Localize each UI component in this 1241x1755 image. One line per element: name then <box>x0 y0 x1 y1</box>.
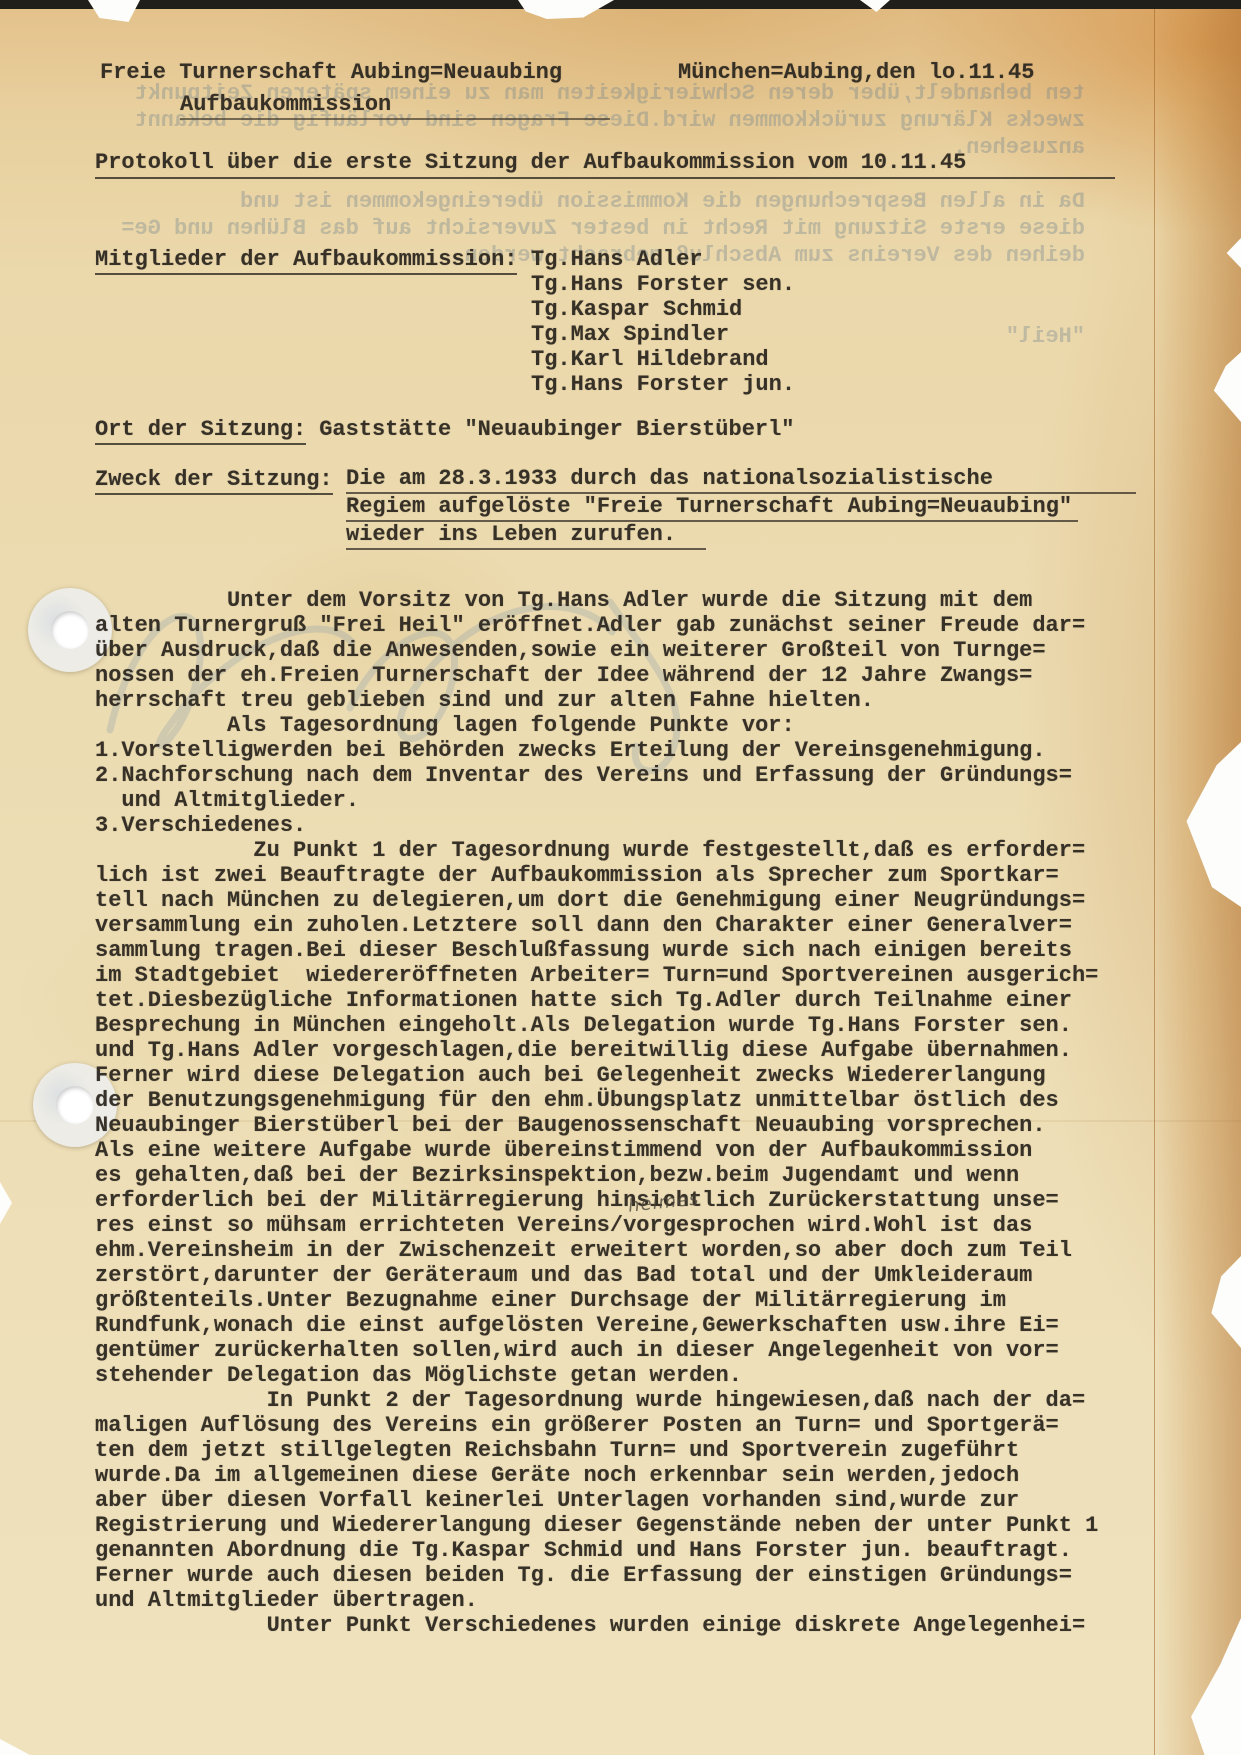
body-line: ten dem jetzt stillgelegten Reichsbahn T… <box>95 1438 1098 1463</box>
member-name: Tg.Hans Forster sen. <box>531 272 795 297</box>
body-line: Rundfunk,wonach die einst aufgelösten Ve… <box>95 1313 1098 1338</box>
document-title: Protokoll über die erste Sitzung der Auf… <box>95 150 1115 179</box>
body-line: aber über diesen Vorfall keinerlei Unter… <box>95 1488 1098 1513</box>
member-name: Tg.Karl Hildebrand <box>531 347 795 372</box>
body-line: erforderlich bei der Militärregierung hi… <box>95 1188 1098 1213</box>
body-line: herrschaft treu geblieben sind und zur a… <box>95 688 1098 713</box>
org-name: Freie Turnerschaft Aubing=Neuaubing <box>100 60 562 85</box>
purpose-lines: Die am 28.3.1933 durch das nationalsozia… <box>346 467 1136 551</box>
body-line: Registrierung und Wiedererlangung dieser… <box>95 1513 1098 1538</box>
org-subunit: Aufbaukommission <box>180 92 610 120</box>
purpose-label: Zweck der Sitzung: <box>95 467 333 495</box>
members-label: Mitglieder der Aufbaukommission: <box>95 247 517 275</box>
body-line: 3.Verschiedenes. <box>95 813 1098 838</box>
scan-edge-top <box>0 0 1241 9</box>
body-line: lich ist zwei Beauftragte der Aufbaukomm… <box>95 863 1098 888</box>
body-line: Als Tagesordnung lagen folgende Punkte v… <box>95 713 1098 738</box>
body-line: über Ausdruck,daß die Anwesenden,sowie e… <box>95 638 1098 663</box>
body-line: Neuaubinger Bierstüberl bei der Baugenos… <box>95 1113 1098 1138</box>
member-name: Tg.Hans Forster jun. <box>531 372 795 397</box>
body-line: tet.Diesbezügliche Informationen hatte s… <box>95 988 1098 1013</box>
body-line: gentümer zurückerhalten sollen,wird auch… <box>95 1338 1098 1363</box>
body-line: 1.Vorstelligwerden bei Behörden zwecks E… <box>95 738 1098 763</box>
members-list: Tg.Hans AdlerTg.Hans Forster sen.Tg.Kasp… <box>531 247 795 397</box>
body-line: stehender Delegation das Möglichste geta… <box>95 1363 1098 1388</box>
purpose-line: Regiem aufgelöste "Freie Turnerschaft Au… <box>346 495 1078 522</box>
body-line: im Stadtgebiet wiedereröffneten Arbeiter… <box>95 963 1098 988</box>
body-line: Ferner wurde auch diesen beiden Tg. die … <box>95 1563 1098 1588</box>
body-line: Unter Punkt Verschiedenes wurden einige … <box>95 1613 1098 1638</box>
punch-hole-bottom-center <box>56 1086 94 1124</box>
body-line: zerstört,darunter der Geräteraum und das… <box>95 1263 1098 1288</box>
location-line: Ort der Sitzung:Gaststätte "Neuaubinger … <box>95 417 795 442</box>
body-line: der Benutzungsgenehmigung für den ehm.Üb… <box>95 1088 1098 1113</box>
purpose-line: Die am 28.3.1933 durch das nationalsozia… <box>346 467 1136 494</box>
body-line: In Punkt 2 der Tagesordnung wurde hingew… <box>95 1388 1098 1413</box>
body-line: nossen der eh.Freien Turnerschaft der Id… <box>95 663 1098 688</box>
body-line: versammlung ein zuholen.Letztere soll da… <box>95 913 1098 938</box>
body-line: und Tg.Hans Adler vorgeschlagen,die bere… <box>95 1038 1098 1063</box>
body-line: Unter dem Vorsitz von Tg.Hans Adler wurd… <box>95 588 1098 613</box>
body-line: genannten Abordnung die Tg.Kaspar Schmid… <box>95 1538 1098 1563</box>
body-line: alten Turnergruß "Frei Heil" eröffnet.Ad… <box>95 613 1098 638</box>
body-line: tell nach München zu delegieren,um dort … <box>95 888 1098 913</box>
body-line: es gehalten,daß bei der Bezirksinspektio… <box>95 1163 1098 1188</box>
location-value: Gaststätte "Neuaubinger Bierstüberl" <box>319 417 794 442</box>
location-label: Ort der Sitzung: <box>95 417 306 445</box>
body-line: 2.Nachforschung nach dem Inventar des Ve… <box>95 763 1098 788</box>
body-line: und Altmitglieder. <box>95 788 1098 813</box>
bleedthrough-line: diese erste Sitzung mit Recht in bester … <box>0 215 1085 242</box>
member-name: Tg.Kaspar Schmid <box>531 297 795 322</box>
body-line: größtenteils.Unter Bezugnahme einer Durc… <box>95 1288 1098 1313</box>
body-line: Zu Punkt 1 der Tagesordnung wurde festge… <box>95 838 1098 863</box>
dateline: München=Aubing,den lo.11.45 <box>678 60 1034 85</box>
body-line: Besprechung in München eingeholt.Als Del… <box>95 1013 1098 1038</box>
body-line: maligen Auflösung des Vereins ein größer… <box>95 1413 1098 1438</box>
body-text: Unter dem Vorsitz von Tg.Hans Adler wurd… <box>95 588 1098 1638</box>
body-line: und Altmitglieder übertragen. <box>95 1588 1098 1613</box>
body-line: wurde.Da im allgemeinen diese Geräte noc… <box>95 1463 1098 1488</box>
member-name: Tg.Max Spindler <box>531 322 795 347</box>
punch-hole-top-center <box>51 611 89 649</box>
body-line: Ferner wird diese Delegation auch bei Ge… <box>95 1063 1098 1088</box>
body-line: sammlung tragen.Bei dieser Beschlußfassu… <box>95 938 1098 963</box>
document-page: ten behandelt,über deren Schwierigkeiten… <box>0 0 1241 1755</box>
member-name: Tg.Hans Adler <box>531 247 795 272</box>
bleedthrough-line: Da in allen Besprechungen die Kommission… <box>0 188 1085 215</box>
purpose-line: wieder ins Leben zurufen. <box>346 523 706 550</box>
body-line: Als eine weitere Aufgabe wurde übereinst… <box>95 1138 1098 1163</box>
body-line: res einst so mühsam errichteten Vereins/… <box>95 1213 1098 1238</box>
body-line: ehm.Vereinsheim in der Zwischenzeit erwe… <box>95 1238 1098 1263</box>
